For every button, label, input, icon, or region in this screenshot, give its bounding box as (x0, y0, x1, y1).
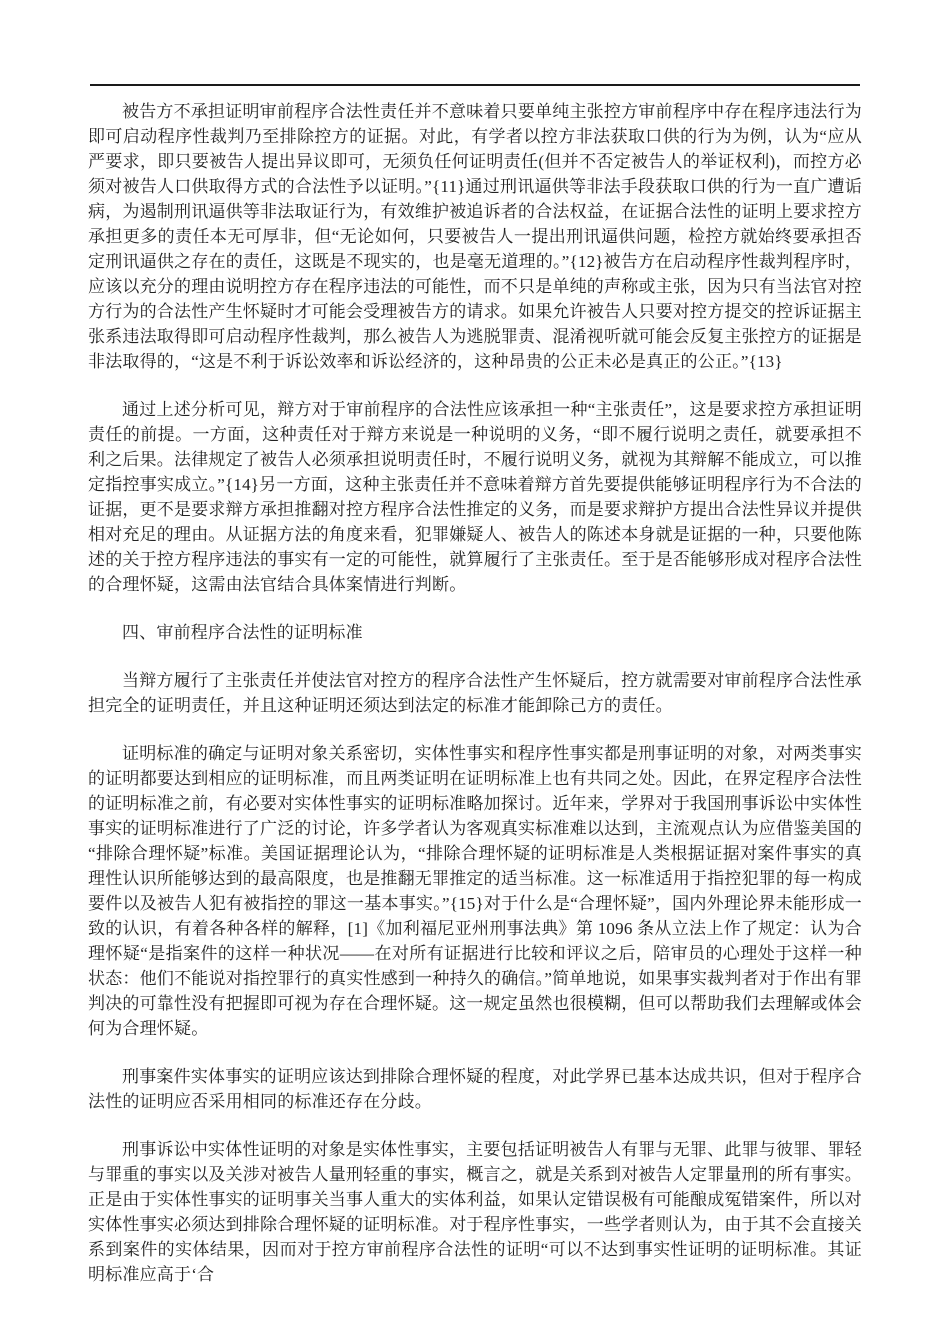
paragraph: 刑事诉讼中实体性证明的对象是实体性事实，主要包括证明被告人有罪与无罪、此罪与彼罪… (88, 1137, 862, 1287)
header-divider-rule (90, 84, 860, 86)
paragraph: 通过上述分析可见，辩方对于审前程序的合法性应该承担一种“主张责任”，这是要求控方… (88, 397, 862, 597)
paragraph: 被告方不承担证明审前程序合法性责任并不意味着只要单纯主张控方审前程序中存在程序违… (88, 99, 862, 374)
paragraph: 当辩方履行了主张责任并使法官对控方的程序合法性产生怀疑后，控方就需要对审前程序合… (88, 668, 862, 718)
paragraph: 刑事案件实体事实的证明应该达到排除合理怀疑的程度，对此学界已基本达成共识，但对于… (88, 1064, 862, 1114)
paragraph: 证明标准的确定与证明对象关系密切，实体性事实和程序性事实都是刑事证明的对象，对两… (88, 741, 862, 1041)
document-page: 被告方不承担证明审前程序合法性责任并不意味着只要单纯主张控方审前程序中存在程序违… (0, 0, 950, 1344)
document-body: 被告方不承担证明审前程序合法性责任并不意味着只要单纯主张控方审前程序中存在程序违… (88, 99, 862, 1310)
section-heading: 四、审前程序合法性的证明标准 (88, 620, 862, 645)
